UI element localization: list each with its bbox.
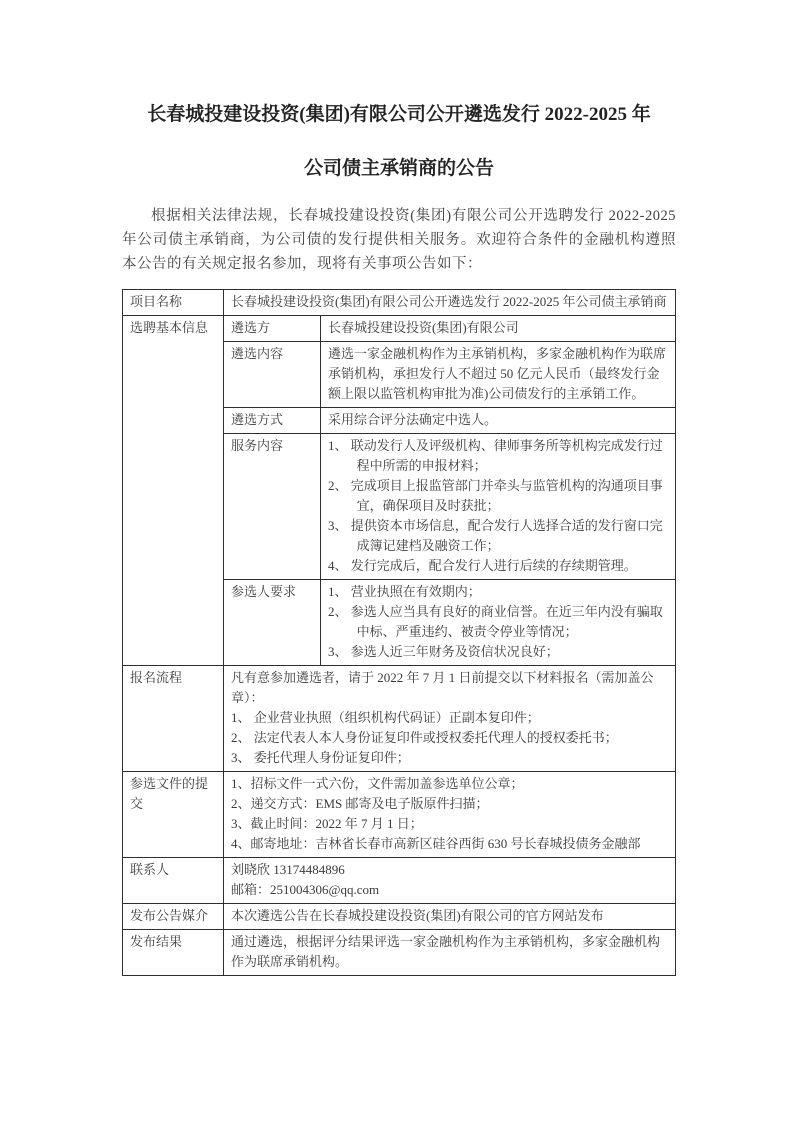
announcement-table: 项目名称 长春城投建设投资(集团)有限公司公开遴选发行 2022-2025 年公… xyxy=(122,289,676,976)
submission-item: 1、招标文件一式六份，文件需加盖参选单位公章； xyxy=(231,774,668,794)
service-item: 3、 提供资本市场信息，配合发行人选择合适的发行窗口完成簿记建档及融资工作； xyxy=(328,516,668,556)
basic-info-label: 选聘基本信息 xyxy=(123,316,224,666)
row-contact: 联系人 刘晓欣 13174484896 邮箱：251004306@qq.com xyxy=(123,858,676,904)
row-selector: 选聘基本信息 遴选方 长春城投建设投资(集团)有限公司 xyxy=(123,316,676,342)
row-signup-process: 报名流程 凡有意参加遴选者，请于 2022 年 7 月 1 日前提交以下材料报名… xyxy=(123,666,676,772)
contact-label: 联系人 xyxy=(123,858,224,904)
contact-email: 邮箱：251004306@qq.com xyxy=(231,880,668,900)
service-item: 2、 完成项目上报监管部门并牵头与监管机构的沟通项目事宜，确保项目及时获批； xyxy=(328,476,668,516)
project-name-label: 项目名称 xyxy=(123,290,224,316)
submission-item: 3、截止时间：2022 年 7 月 1 日； xyxy=(231,814,668,834)
signup-item: 3、 委托代理人身份证复印件； xyxy=(231,748,668,768)
document-page: 长春城投建设投资(集团)有限公司公开遴选发行 2022-2025 年 公司债主承… xyxy=(0,0,793,976)
service-content-label: 服务内容 xyxy=(224,434,321,580)
selector-label: 遴选方 xyxy=(224,316,321,342)
signup-process-value: 凡有意参加遴选者，请于 2022 年 7 月 1 日前提交以下材料报名（需加盖公… xyxy=(224,666,676,772)
selection-content-label: 遴选内容 xyxy=(224,342,321,408)
participant-requirements-value: 1、 营业执照在有效期内； 2、 参选人应当具有良好的商业信誉。在近三年内没有骗… xyxy=(321,580,676,666)
submission-item: 4、邮寄地址：吉林省长春市高新区硅谷西街 630 号长春城投债务金融部 xyxy=(231,834,668,854)
service-item: 4、 发行完成后，配合发行人进行后续的存续期管理。 xyxy=(328,556,668,576)
submission-item: 2、递交方式：EMS 邮寄及电子版原件扫描； xyxy=(231,794,668,814)
service-item: 1、 联动发行人及评级机构、律师事务所等机构完成发行过程中所需的申报材料； xyxy=(328,436,668,476)
contact-value: 刘晓欣 13174484896 邮箱：251004306@qq.com xyxy=(224,858,676,904)
requirement-item: 2、 参选人应当具有良好的商业信誉。在近三年内没有骗取中标、严重违约、被责令停业… xyxy=(328,602,668,642)
result-publication-label: 发布结果 xyxy=(123,930,224,976)
intro-paragraph: 根据相关法律法规，长春城投建设投资(集团)有限公司公开选聘发行 2022-202… xyxy=(122,204,676,276)
project-name-value: 长春城投建设投资(集团)有限公司公开遴选发行 2022-2025 年公司债主承销… xyxy=(224,290,676,316)
announcement-media-value: 本次遴选公告在长春城投建设投资(集团)有限公司的官方网站发布 xyxy=(224,904,676,930)
title-line-2: 公司债主承销商的公告 xyxy=(122,156,676,182)
selector-value: 长春城投建设投资(集团)有限公司 xyxy=(321,316,676,342)
row-result-publication: 发布结果 通过遴选，根据评分结果评选一家金融机构作为主承销机构，多家金融机构作为… xyxy=(123,930,676,976)
signup-item: 2、 法定代表人本人身份证复印件或授权委托代理人的授权委托书； xyxy=(231,728,668,748)
signup-item: 1、 企业营业执照（组织机构代码证）正副本复印件； xyxy=(231,708,668,728)
document-submission-label: 参选文件的提交 xyxy=(123,772,224,858)
requirement-item: 3、 参选人近三年财务及资信状况良好； xyxy=(328,642,668,662)
signup-intro: 凡有意参加遴选者，请于 2022 年 7 月 1 日前提交以下材料报名（需加盖公… xyxy=(231,668,668,708)
signup-process-label: 报名流程 xyxy=(123,666,224,772)
announcement-media-label: 发布公告媒介 xyxy=(123,904,224,930)
selection-method-label: 遴选方式 xyxy=(224,408,321,434)
row-document-submission: 参选文件的提交 1、招标文件一式六份，文件需加盖参选单位公章； 2、递交方式：E… xyxy=(123,772,676,858)
contact-name-phone: 刘晓欣 13174484896 xyxy=(231,860,668,880)
document-title: 长春城投建设投资(集团)有限公司公开遴选发行 2022-2025 年 公司债主承… xyxy=(122,102,676,182)
result-publication-value: 通过遴选，根据评分结果评选一家金融机构作为主承销机构，多家金融机构作为联席承销机… xyxy=(224,930,676,976)
row-project-name: 项目名称 长春城投建设投资(集团)有限公司公开遴选发行 2022-2025 年公… xyxy=(123,290,676,316)
requirement-item: 1、 营业执照在有效期内； xyxy=(328,582,668,602)
document-submission-value: 1、招标文件一式六份，文件需加盖参选单位公章； 2、递交方式：EMS 邮寄及电子… xyxy=(224,772,676,858)
title-line-1: 长春城投建设投资(集团)有限公司公开遴选发行 2022-2025 年 xyxy=(122,102,676,128)
selection-method-value: 采用综合评分法确定中选人。 xyxy=(321,408,676,434)
service-content-value: 1、 联动发行人及评级机构、律师事务所等机构完成发行过程中所需的申报材料； 2、… xyxy=(321,434,676,580)
row-announcement-media: 发布公告媒介 本次遴选公告在长春城投建设投资(集团)有限公司的官方网站发布 xyxy=(123,904,676,930)
participant-requirements-label: 参选人要求 xyxy=(224,580,321,666)
selection-content-value: 遴选一家金融机构作为主承销机构，多家金融机构作为联席承销机构，承担发行人不超过 … xyxy=(321,342,676,408)
